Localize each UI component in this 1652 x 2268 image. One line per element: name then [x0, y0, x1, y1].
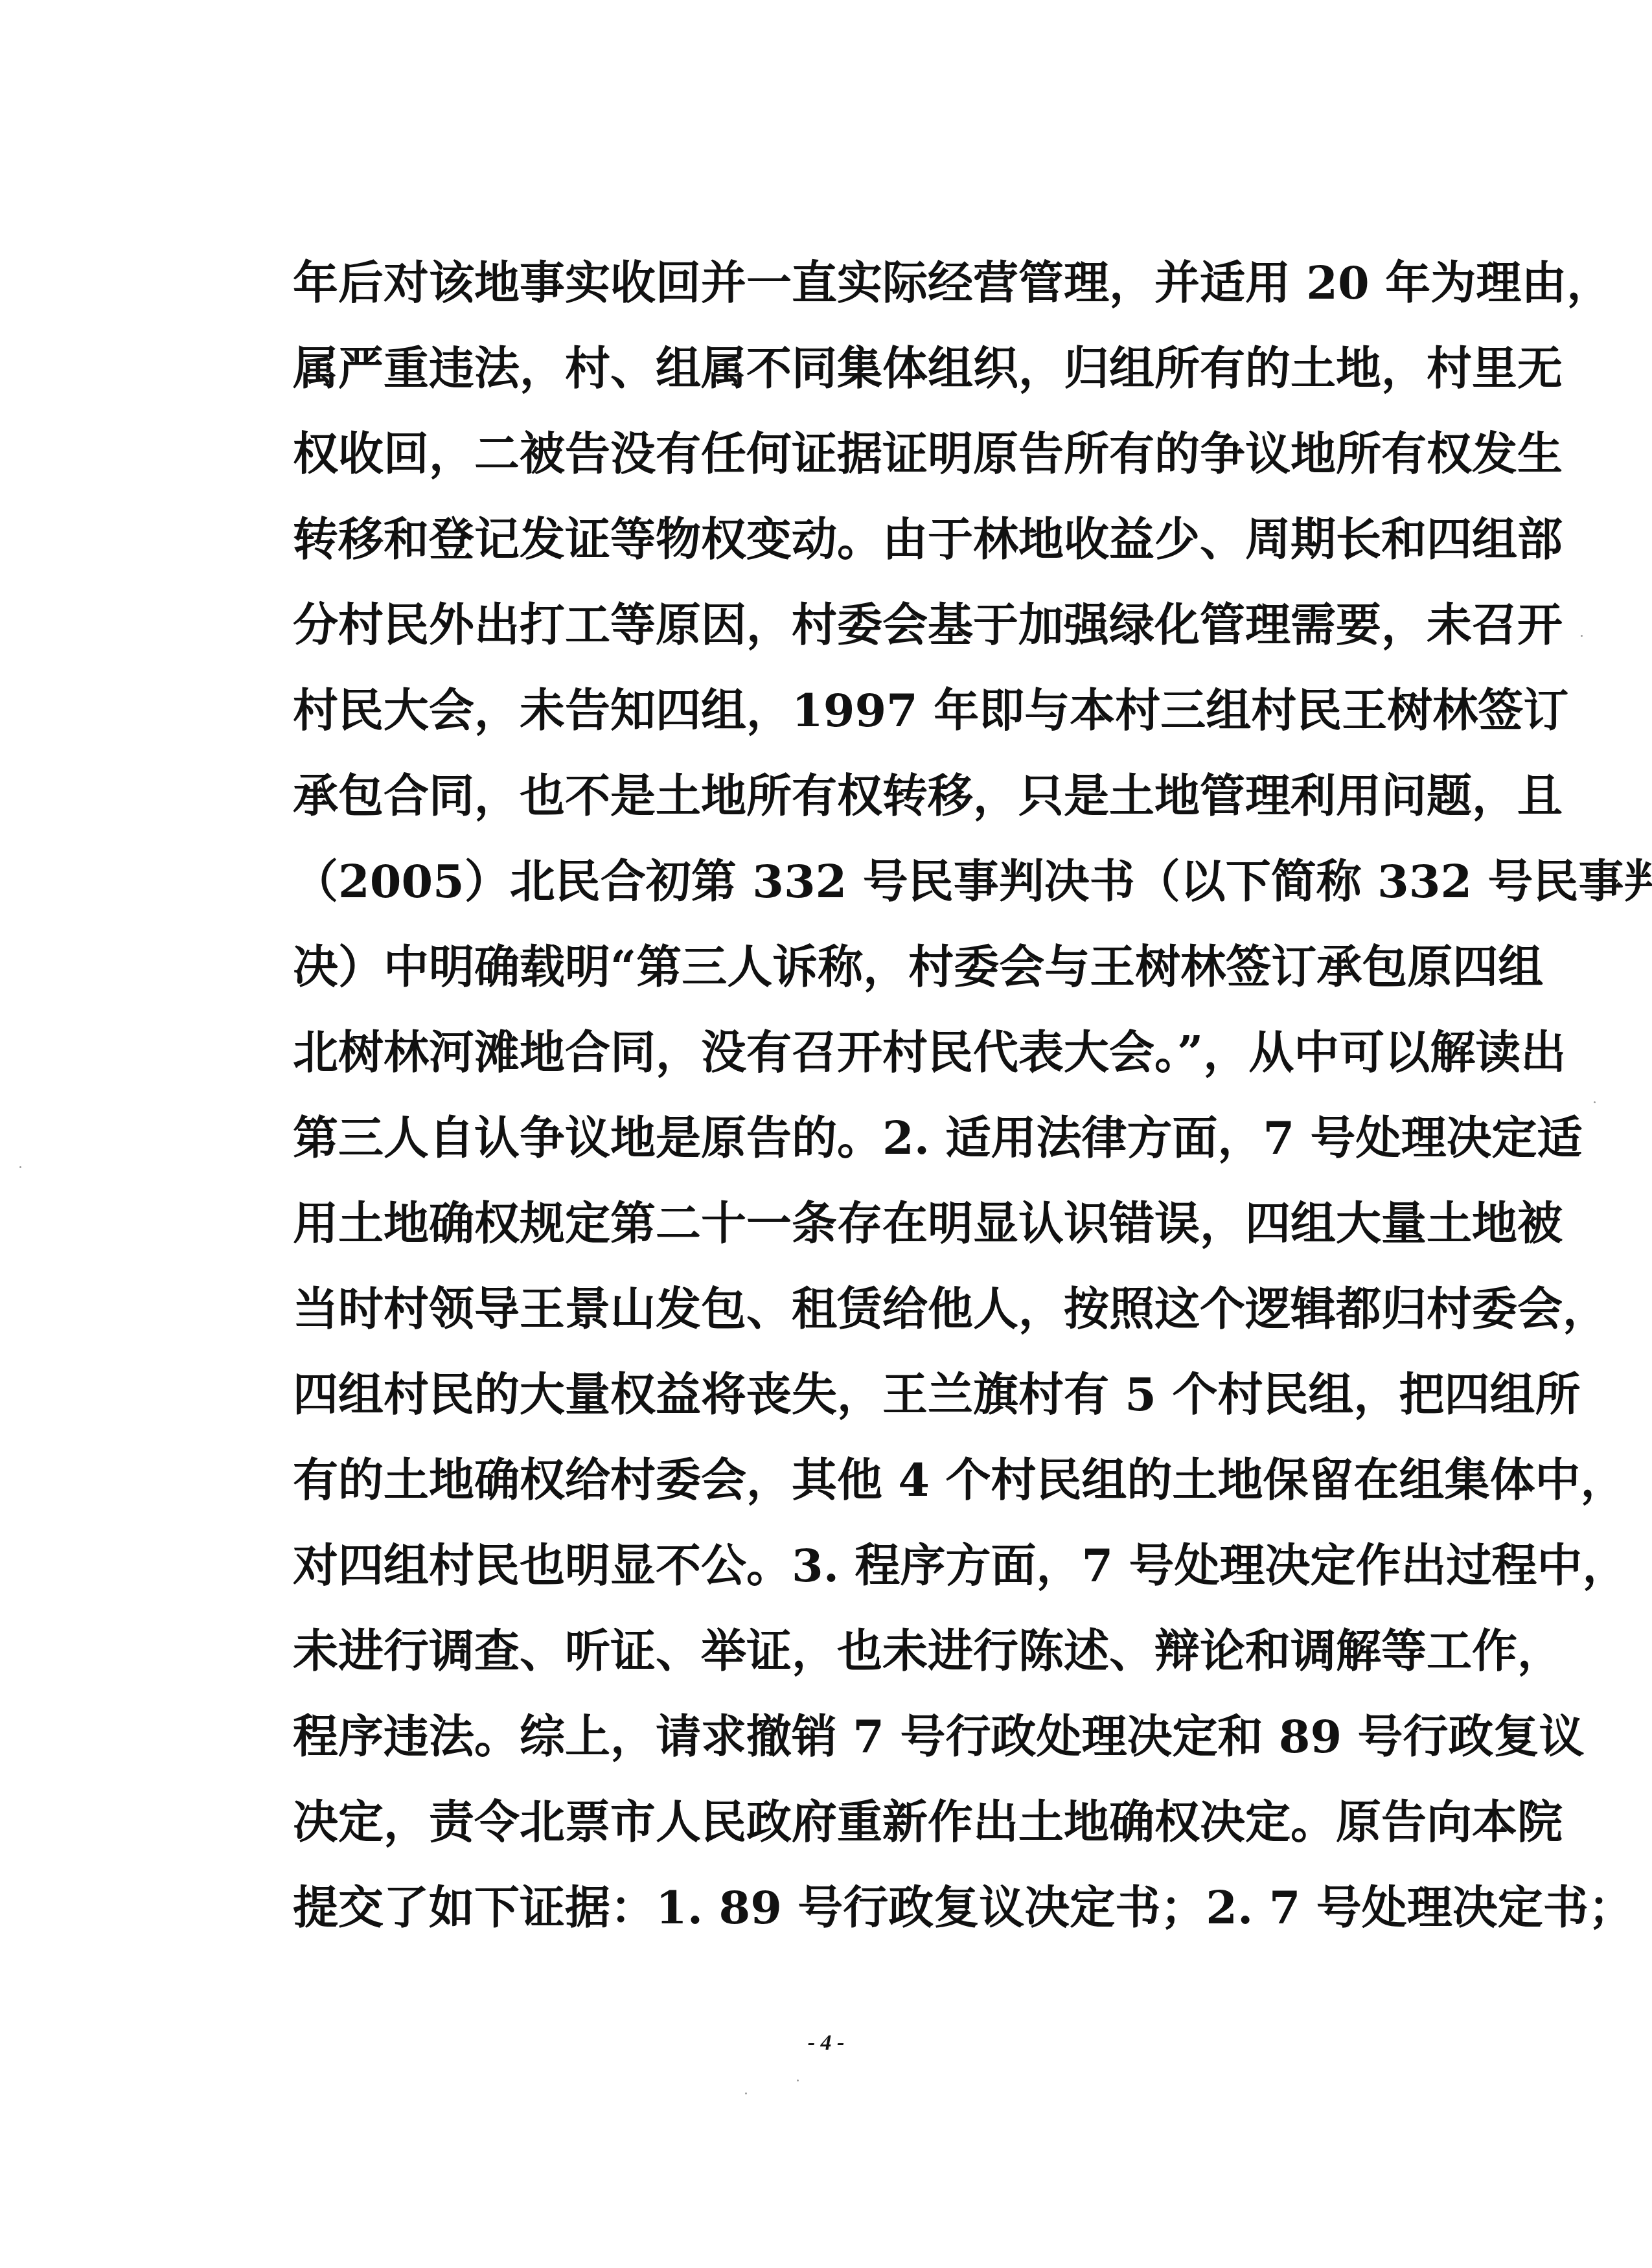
text-line: 程序违法。综上，请求撤销 7 号行政处理决定和 89 号行政复议: [293, 1709, 1472, 1794]
text-line: 承包合同，也不是土地所有权转移，只是土地管理利用问题，且: [293, 768, 1472, 854]
text-line: 决定，责令北票市人民政府重新作出土地确权决定。原告向本院: [293, 1794, 1472, 1880]
text-line: 四组村民的大量权益将丧失，王兰旗村有 5 个村民组，把四组所: [293, 1367, 1472, 1452]
text-line: 对四组村民也明显不公。3. 程序方面，7 号处理决定作出过程中，: [293, 1538, 1472, 1623]
text-line: 北树林河滩地合同，没有召开村民代表大会。”，从中可以解读出: [293, 1025, 1472, 1110]
scan-speck: [1594, 1101, 1596, 1103]
text-line: 年后对该地事实收回并一直实际经营管理，并适用 20 年为理由，: [293, 255, 1472, 341]
body-text: 年后对该地事实收回并一直实际经营管理，并适用 20 年为理由， 属严重违法，村、…: [293, 255, 1472, 1965]
text-line: 权收回，二被告没有任何证据证明原告所有的争议地所有权发生: [293, 426, 1472, 512]
scan-speck: [19, 1166, 21, 1168]
text-line: 属严重违法，村、组属不同集体组织，归组所有的土地，村里无: [293, 341, 1472, 426]
text-line: 第三人自认争议地是原告的。2. 适用法律方面，7 号处理决定适: [293, 1110, 1472, 1196]
scan-speck: [797, 2079, 799, 2081]
text-line: （2005）北民合初第 332 号民事判决书（以下简称 332 号民事判: [293, 854, 1472, 939]
text-line: 村民大会，未告知四组，1997 年即与本村三组村民王树林签订: [293, 683, 1472, 768]
scanned-document-page: 年后对该地事实收回并一直实际经营管理，并适用 20 年为理由， 属严重违法，村、…: [0, 0, 1652, 2268]
scan-speck: [1581, 635, 1583, 637]
text-line: 有的土地确权给村委会，其他 4 个村民组的土地保留在组集体中，: [293, 1452, 1472, 1538]
text-line: 分村民外出打工等原因，村委会基于加强绿化管理需要，未召开: [293, 597, 1472, 683]
text-line: 未进行调查、听证、举证，也未进行陈述、辩论和调解等工作，: [293, 1623, 1472, 1709]
text-line: 用土地确权规定第二十一条存在明显认识错误，四组大量土地被: [293, 1196, 1472, 1281]
text-line: 提交了如下证据：1. 89 号行政复议决定书；2. 7 号处理决定书；: [293, 1880, 1472, 1965]
scan-speck: [745, 2092, 747, 2094]
page-number: - 4 -: [808, 2031, 845, 2056]
text-line: 当时村领导王景山发包、租赁给他人，按照这个逻辑都归村委会，: [293, 1281, 1472, 1367]
text-line: 决）中明确载明“第三人诉称，村委会与王树林签订承包原四组: [293, 939, 1472, 1025]
text-line: 转移和登记发证等物权变动。由于林地收益少、周期长和四组部: [293, 512, 1472, 597]
